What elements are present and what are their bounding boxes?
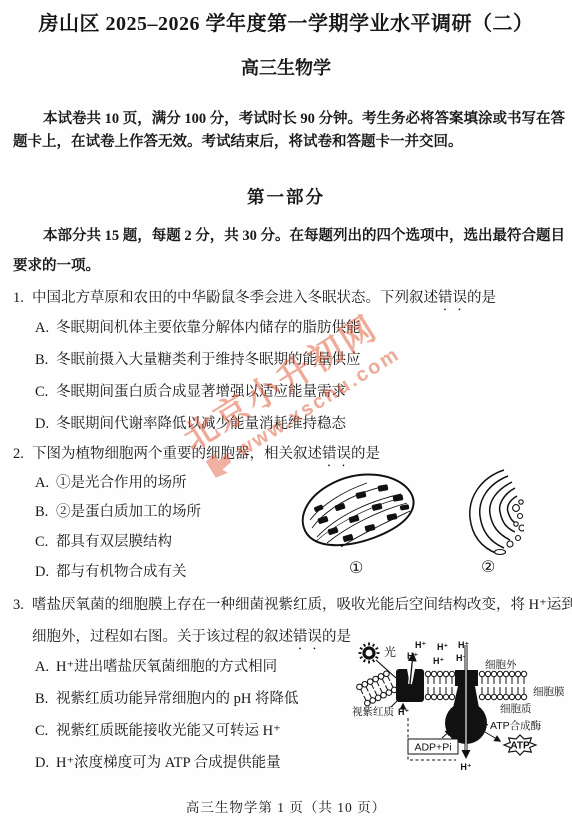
question-3-option-c: C.视紫红质既能接收光能又可转运 H⁺ <box>35 721 281 741</box>
golgi-figure <box>460 466 524 558</box>
figure-label-1: ① <box>349 559 363 579</box>
question-3-stem-line-1: 3.嗜盐厌氧菌的细胞膜上存在一种细菌视紫红质，吸收光能后空间结构改变，将 H⁺运… <box>13 595 572 615</box>
exam-page: 房山区 2025–2026 学年度第一学期学业水平调研（二） 高三生物学 本试卷… <box>0 0 572 819</box>
figure-label-2: ② <box>481 558 495 578</box>
exam-subject: 高三生物学 <box>0 58 572 78</box>
question-3-option-a: A.H⁺进出嗜盐厌氧菌细胞的方式相同 <box>35 657 277 677</box>
exam-title: 房山区 2025–2026 学年度第一学期学业水平调研（二） <box>0 14 572 34</box>
question-1-option-d: D.冬眠期间代谢率降低以减少能量消耗维持稳态 <box>35 414 346 434</box>
h-plus-label: H⁺ <box>458 640 469 650</box>
outside-label: 细胞外 <box>485 658 517 671</box>
atp-synthase-label: ATP合成酶 <box>490 719 542 732</box>
atp-star: ATP <box>504 735 536 755</box>
synthase-to-atp-arrow <box>485 732 500 741</box>
h-plus-label: H⁺ <box>437 642 448 652</box>
h-plus-label: H⁺ <box>433 656 444 666</box>
h-plus-label: H⁺ <box>460 762 471 772</box>
section-intro-line-1: 本部分共 15 题，每题 2 分，共 30 分。在每题列出的四个选项中，选出最符… <box>43 226 565 246</box>
light-label: 光 <box>384 644 396 659</box>
question-2-option-a: A.①是光合作用的场所 <box>35 473 187 493</box>
question-2-option-b: B.②是蛋白质加工的场所 <box>35 502 201 522</box>
cytoplasm-label: 细胞质 <box>500 702 532 715</box>
notice-line-1: 本试卷共 10 页，满分 100 分，考试时长 90 分钟。考生务必将答案填涂或… <box>43 109 565 129</box>
svg-text:ADP+Pi: ADP+Pi <box>414 742 451 754</box>
membrane-diagram: 光 H⁺ H⁺ H⁺ H⁺ H⁺ H⁺ 细胞外 <box>352 638 572 802</box>
emphasized-word: 错误 <box>322 446 351 462</box>
membrane-bilayer-mid <box>425 671 454 699</box>
page-footer: 高三生物学第 1 页（共 10 页） <box>0 798 572 818</box>
membrane-bilayer-left <box>356 670 398 707</box>
question-3-option-b: B.视紫红质功能异常细胞内的 pH 将降低 <box>35 689 298 709</box>
question-3-stem-line-2: 细胞外，过程如右图。关于该过程的叙述错误的是 <box>32 627 351 653</box>
question-3-option-d: D.H⁺浓度梯度可为 ATP 合成提供能量 <box>35 753 281 773</box>
membrane-bilayer-right <box>479 671 526 699</box>
svg-text:ATP: ATP <box>510 741 530 752</box>
h-plus-label: H⁺ <box>398 707 409 717</box>
h-plus-label: H⁺ <box>415 640 426 650</box>
question-1-stem: 1.中国北方草原和农田的中华鼢鼠冬季会进入冬眠状态。下列叙述错误的是 <box>13 288 496 314</box>
rhodopsin-label: 视紫红质 <box>352 705 394 718</box>
rhodopsin-protein <box>396 654 424 702</box>
h-plus-inflow-arrow <box>462 750 471 759</box>
emphasized-word: 错误 <box>438 290 467 306</box>
membrane-label: 细胞膜 <box>533 685 565 698</box>
question-3-number: 3. <box>13 595 32 615</box>
exam-content: 房山区 2025–2026 学年度第一学期学业水平调研（二） 高三生物学 本试卷… <box>0 0 572 819</box>
chloroplast-figure <box>293 464 425 560</box>
question-2-option-d: D.都与有机物合成有关 <box>35 562 187 582</box>
question-1-option-b: B.冬眠前摄入大量糖类利于维持冬眠期的能量供应 <box>35 350 361 370</box>
adp-pi-box: ADP+Pi <box>408 739 458 754</box>
question-1-number: 1. <box>13 288 32 308</box>
emphasized-word: 错误 <box>293 629 322 645</box>
section-heading: 第一部分 <box>0 187 572 207</box>
notice-line-2: 题卡上，在试卷上作答无效。考试结束后，将试卷和答题卡一并交回。 <box>13 132 463 152</box>
question-2-number: 2. <box>13 444 32 464</box>
question-1-option-c: C.冬眠期间蛋白质合成显著增强以适应能量需求 <box>35 382 346 402</box>
question-2-option-c: C.都具有双层膜结构 <box>35 532 172 552</box>
section-intro-line-2: 要求的一项。 <box>13 256 100 276</box>
question-1-option-a: A.冬眠期间机体主要依靠分解体内储存的脂肪供能 <box>35 318 361 338</box>
